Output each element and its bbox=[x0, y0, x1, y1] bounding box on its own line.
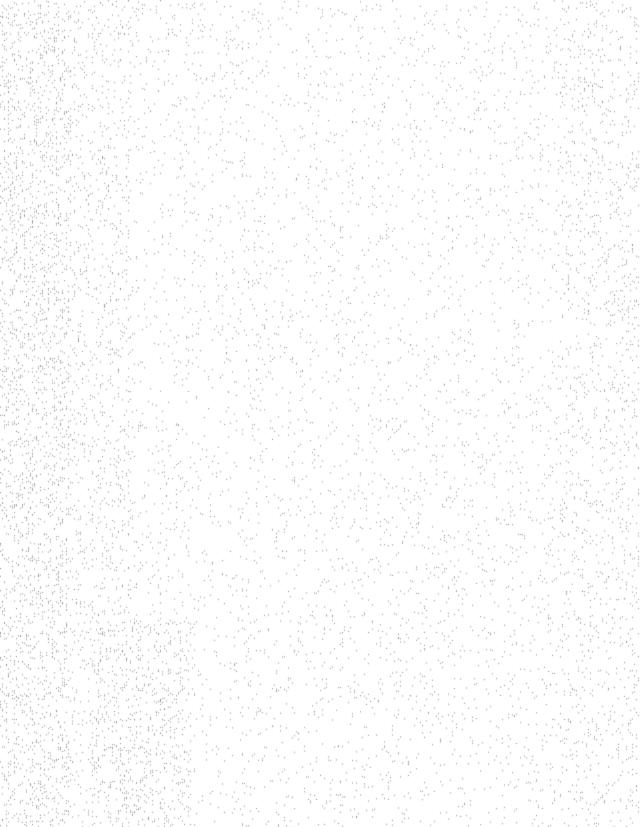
scan-noise-background bbox=[0, 0, 640, 827]
parts-diagram: J n bbox=[0, 0, 640, 827]
